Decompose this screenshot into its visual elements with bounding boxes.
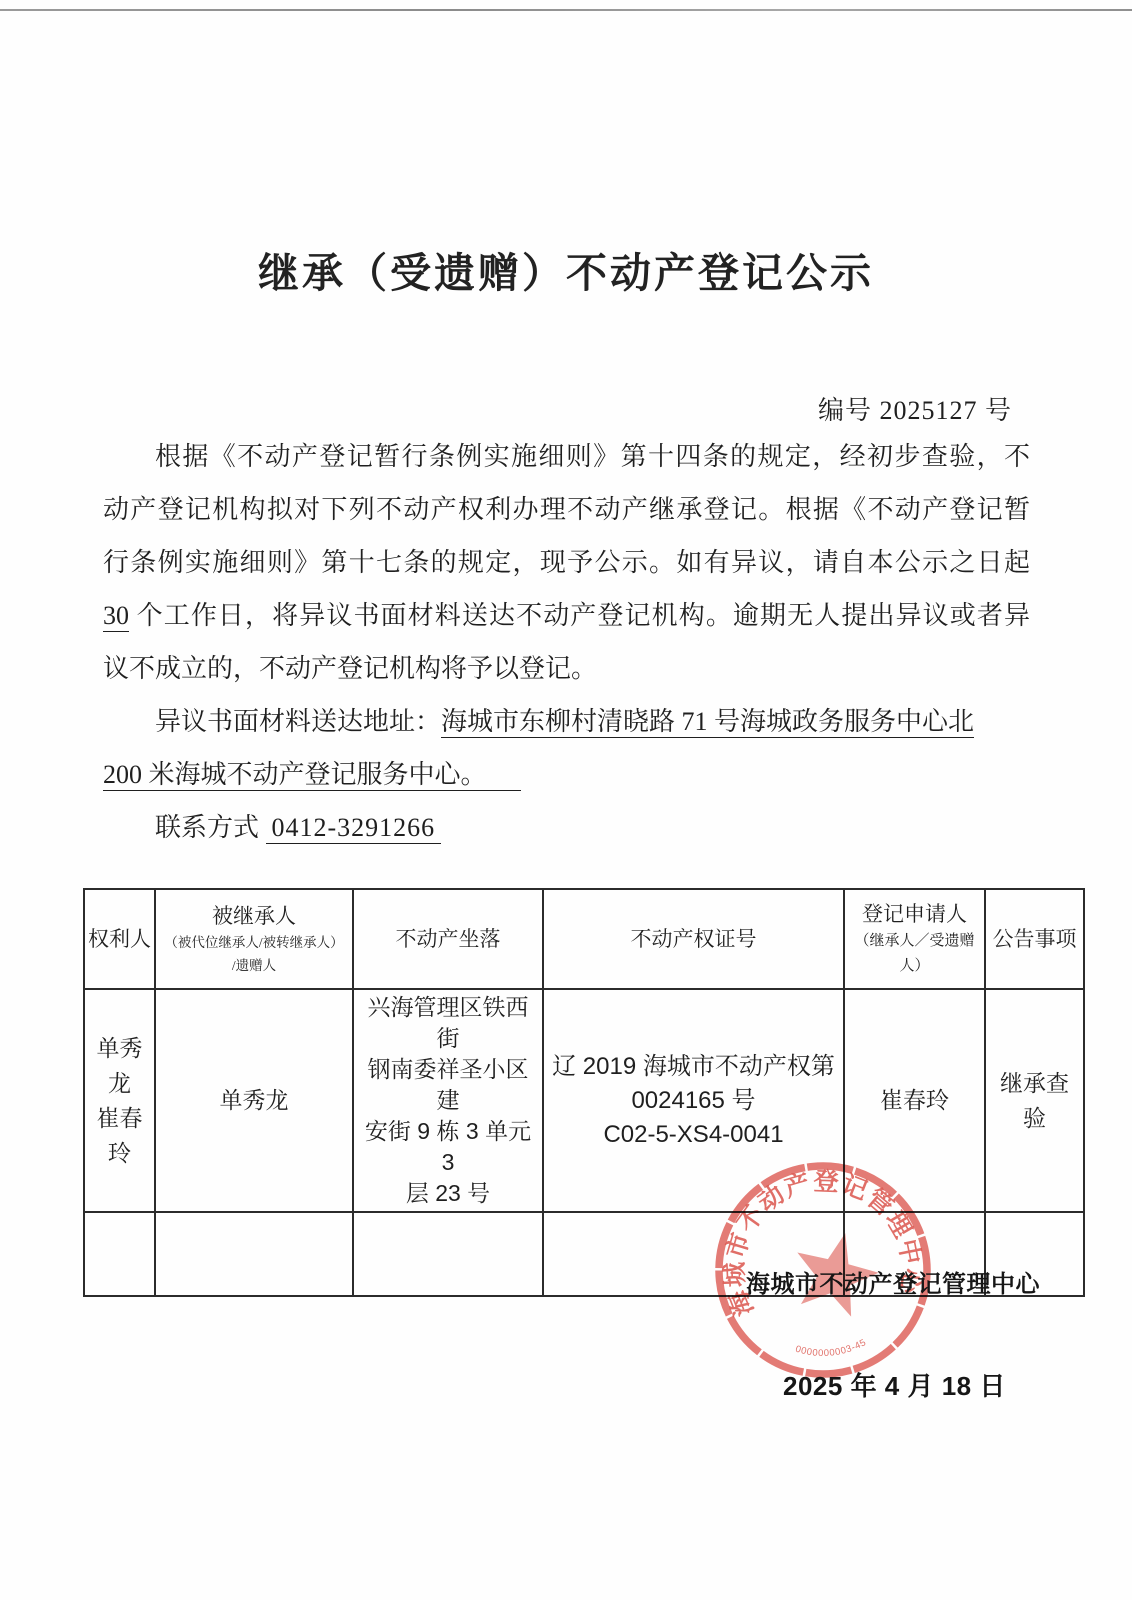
issue-date: 2025 年 4 月 18 日 [783,1366,1006,1403]
contact-label: 联系方式 [155,813,259,842]
cell-empty [353,1212,543,1296]
cell-empty [84,1212,155,1296]
notice-body: 根据《不动产登记暂行条例实施细则》第十四条的规定，经初步查验，不 动产登记机构拟… [103,430,1030,854]
cell-decedent: 单秀龙 [155,989,353,1212]
cell-announcement-item: 继承查验 [985,989,1084,1212]
doc-number: 编号 2025127 号 [818,390,1012,427]
page-title: 继承（受遗赠）不动产登记公示 [0,240,1132,299]
header-certificate-number: 不动产权证号 [543,889,844,989]
header-announcement-item: 公告事项 [985,889,1084,989]
address-underlined-2: 200 米海城不动产登记服务中心。 [103,760,521,791]
body-line: 行条例实施细则》第十七条的规定，现予公示。如有异议，请自本公示之日起 [103,536,1030,589]
cell-rights-holder: 单秀龙 崔春玲 [84,989,155,1212]
notice-document: 继承（受遗赠）不动产登记公示 编号 2025127 号 根据《不动产登记暂行条例… [0,0,1132,1600]
cell-property-location: 兴海管理区铁西街 钢南委祥圣小区建 安街 9 栋 3 单元 3 层 23 号 [353,989,543,1212]
contact-line: 联系方式 0412-3291266 [103,801,1030,854]
header-rights-holder: 权利人 [84,889,155,989]
body-line-rest: 个工作日，将异议书面材料送达不动产登记机构。逾期无人提出异议或者异 [129,601,1030,630]
address-line-1: 异议书面材料送达地址：海城市东柳村清晓路 71 号海城政务服务中心北 [103,695,1030,748]
header-decedent: 被继承人（被代位继承人/被转继承人） /遗赠人 [155,889,353,989]
address-underlined-1: 海城市东柳村清晓路 71 号海城政务服务中心北 [441,707,974,738]
day-count: 30 [103,601,129,632]
scan-artifact-line [0,9,1132,11]
body-line: 议不成立的，不动产登记机构将予以登记。 [103,642,1030,695]
body-line: 根据《不动产登记暂行条例实施细则》第十四条的规定，经初步查验，不 [103,430,1030,483]
address-label: 异议书面材料送达地址： [155,707,441,736]
stamp-serial: 0000000003-45 [793,1336,869,1362]
header-property-location: 不动产坐落 [353,889,543,989]
cell-empty [155,1212,353,1296]
address-line-2: 200 米海城不动产登记服务中心。 [103,748,1030,801]
body-line: 30 个工作日，将异议书面材料送达不动产登记机构。逾期无人提出异议或者异 [103,589,1030,642]
body-line: 动产登记机构拟对下列不动产权利办理不动产继承登记。根据《不动产登记暂 [103,483,1030,536]
contact-number: 0412-3291266 [266,813,442,844]
table-header-row: 权利人 被继承人（被代位继承人/被转继承人） /遗赠人 不动产坐落 不动产权证号… [84,889,1084,989]
issuer-name: 海城市不动产登记管理中心 [746,1264,1040,1299]
header-applicant: 登记申请人（继承人／受遗赠 人） [844,889,985,989]
